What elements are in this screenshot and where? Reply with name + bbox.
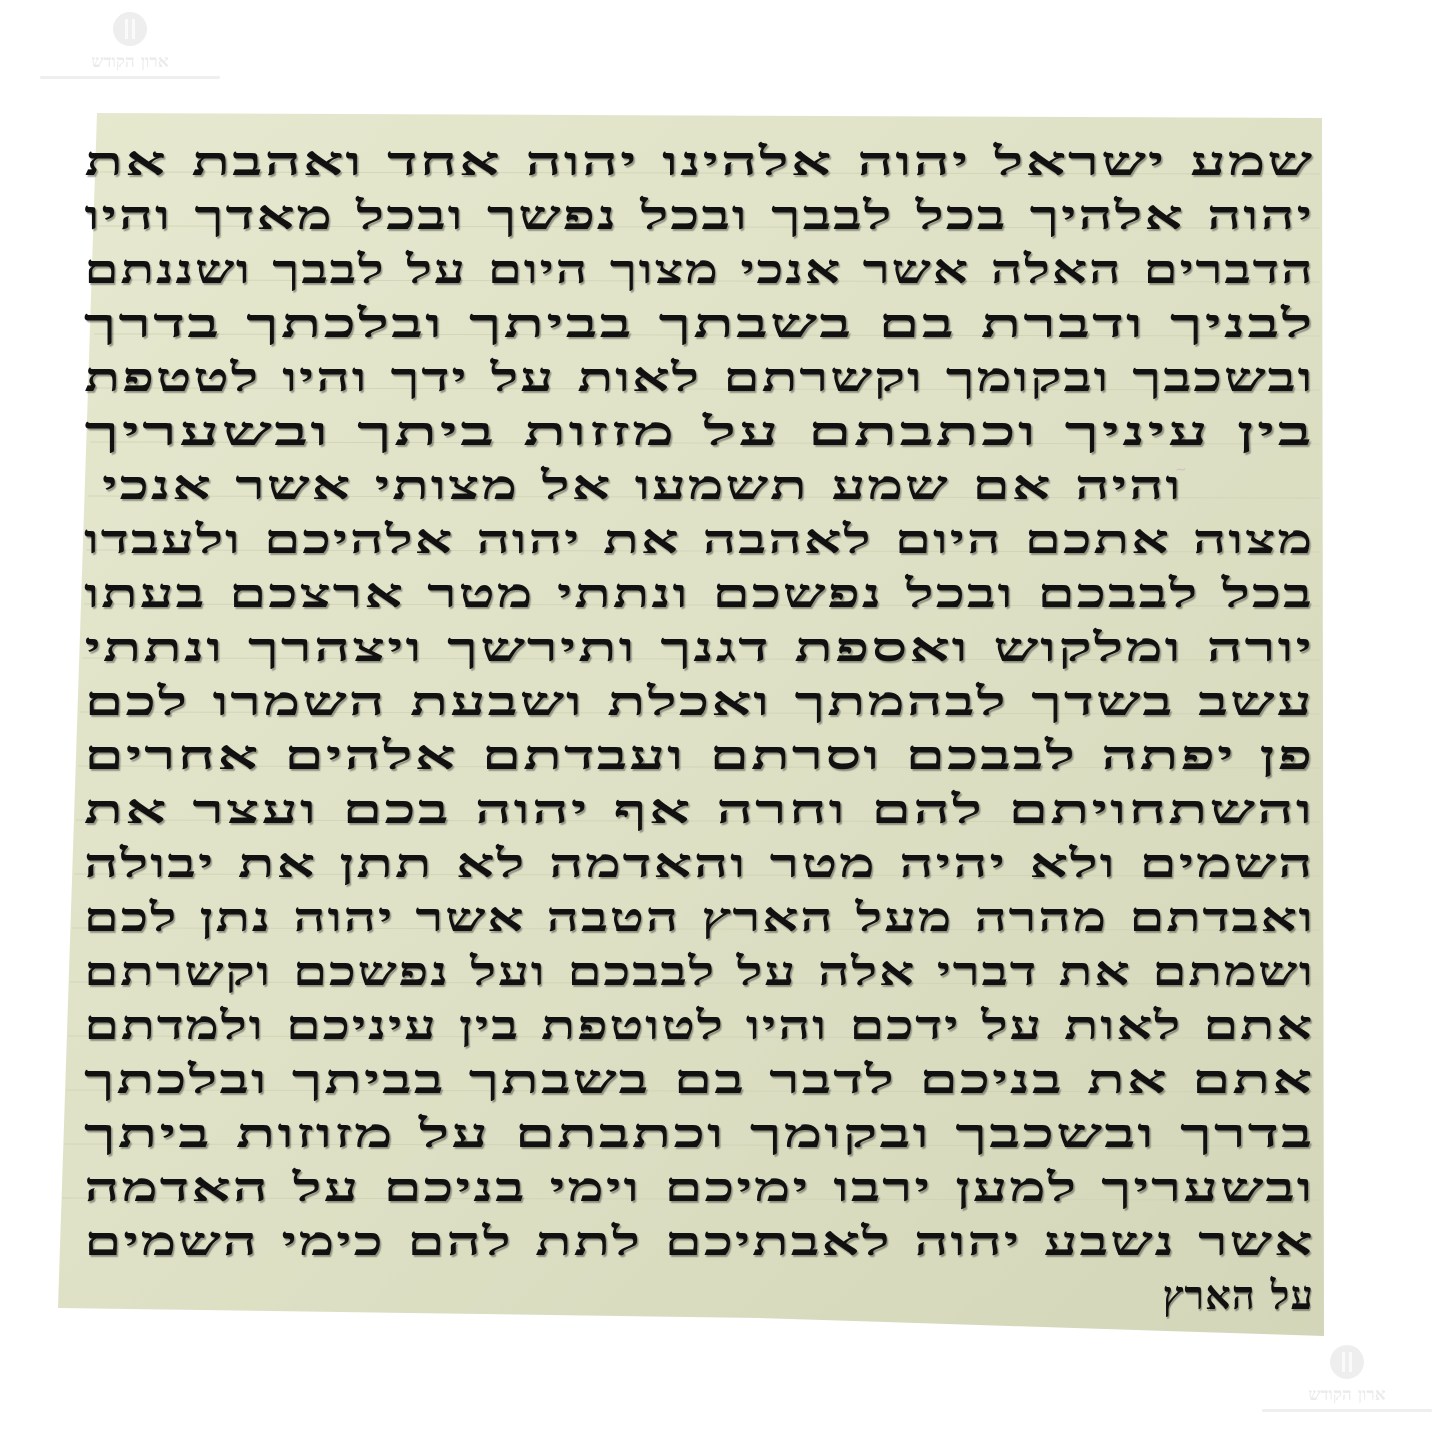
scroll-line: אתם לאות על ידכם והיו לטוטפת בין עיניכם … (84, 1000, 1314, 1052)
scroll-line: יהוה אלהיך בכל לבבך ובכל נפשך ובכל מאדך … (85, 190, 1314, 242)
scroll-line: יורה ומלקוש ואספת דגנך ותירשך ויצהרך ונת… (85, 622, 1314, 674)
watermark-underline (40, 76, 220, 79)
watermark-top-left: ארון הקודש (40, 12, 220, 79)
scroll-line: לבניך ודברת בם בשבתך בביתך ובלכתך בדרך (83, 298, 1314, 350)
scroll-line: אשר נשבע יהוה לאבתיכם לתת להם כימי השמים (84, 1216, 1314, 1268)
mezuzah-text: שמע ישראל יהוה אלהינו יהוה אחד ואהבת את … (62, 118, 1322, 1318)
scroll-line: פן יפתה לבבכם וסרתם ועבדתם אלהים אחרים (84, 730, 1314, 782)
scroll-line: על הארץ (1163, 1270, 1314, 1322)
scroll-line: עשב בשדך לבהמתך ואכלת ושבעת השמרו לכם (85, 676, 1314, 728)
scroll-line: מצוה אתכם היום לאהבה את יהוה אלהיכם ולעב… (84, 514, 1314, 566)
scroll-line: בין עיניך וכתבתם על מזזות ביתך ובשעריך (85, 406, 1314, 458)
watermark-bottom-right: ארון הקודש (1262, 1345, 1432, 1412)
scroll-line: השמים ולא יהיה מטר והאדמה לא תתן את יבול… (84, 838, 1314, 890)
scroll-line: בדרך ובשכבך ובקומך וכתבתם על מזוזות ביתך (84, 1108, 1314, 1160)
scroll-line: והשתחויתם להם וחרה אף יהוה בכם ועצר את (84, 784, 1314, 836)
scroll-line: ובשכבך ובקומך וקשרתם לאות על ידך והיו לט… (84, 352, 1314, 404)
watermark-logo-icon (1330, 1345, 1364, 1379)
scroll-line: והיה אם שמע תשמעו אל מצותי אשר אנכי (101, 460, 1182, 512)
scroll-line: ושמתם את דברי אלה על לבבכם ועל נפשכם וקש… (83, 946, 1314, 998)
watermark-text: ארון הקודש (40, 52, 220, 72)
watermark-logo-icon (113, 12, 147, 46)
scroll-line: ובשעריך למען ירבו ימיכם וימי בניכם על הא… (84, 1162, 1314, 1214)
scroll-line: ואבדתם מהרה מעל הארץ הטבה אשר יהוה נתן ל… (83, 892, 1314, 944)
scroll-line: בכל לבבכם ובכל נפשכם ונתתי מטר ארצכם בעת… (84, 568, 1314, 620)
scroll-line: הדברים האלה אשר אנכי מצוך היום על לבבך ו… (84, 244, 1314, 296)
watermark-text: ארון הקודש (1262, 1385, 1432, 1405)
watermark-underline (1262, 1409, 1432, 1412)
scroll-line: אתם את בניכם לדבר בם בשבתך בביתך ובלכתך (84, 1054, 1314, 1106)
scroll-line: שמע ישראל יהוה אלהינו יהוה אחד ואהבת את (84, 136, 1314, 188)
